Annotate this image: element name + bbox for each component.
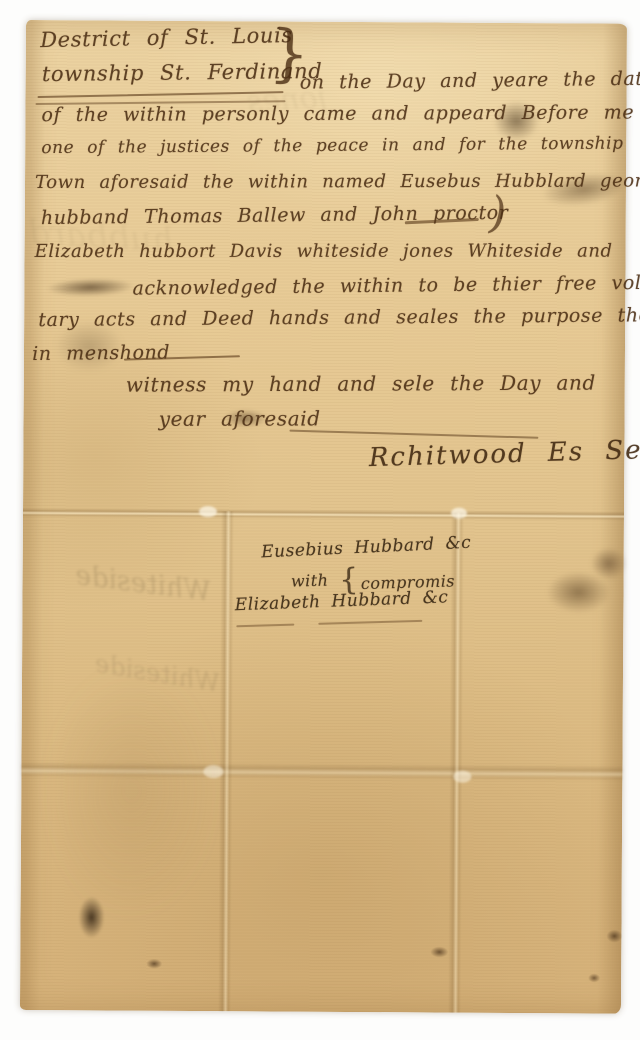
manuscript-line-township: township St. Ferdinand	[42, 59, 323, 86]
ink-spot	[430, 946, 448, 957]
docket-line-party1: Eusebius Hubbard &c	[261, 533, 472, 563]
docket-underline	[236, 624, 294, 627]
manuscript-line: year aforesaid	[159, 406, 321, 430]
ink-smudge-blotted-word	[46, 277, 134, 298]
manuscript-line: Town aforesaid the within named Eusebus …	[35, 170, 640, 193]
ink-spot	[606, 930, 622, 943]
manuscript-line: in menshond	[32, 341, 170, 365]
manuscript-line: hubband Thomas Ballew and John proctor	[41, 202, 509, 229]
manuscript-line: acknowledged the within to be thier free…	[132, 272, 640, 300]
manuscript-line: Elizabeth hubbort Davis whiteside jones …	[35, 241, 613, 263]
fold-crease-horizontal-upper	[23, 508, 624, 521]
ink-spot	[146, 959, 162, 969]
ink-spot	[588, 973, 600, 982]
pen-flourish: )	[484, 187, 513, 241]
manuscript-line: witness my hand and sele the Day and	[126, 371, 596, 397]
bleedthrough-text: Whiteside	[73, 560, 212, 608]
manuscript-line: one of the justices of the peace in and …	[41, 134, 623, 159]
crease-scuff	[451, 508, 467, 519]
pen-rule	[289, 430, 538, 439]
manuscript-line-district: Destrict of St. Louis	[40, 23, 293, 52]
brown-stain	[591, 547, 627, 579]
docket-line-party2: Elizabeth Hubbard &c	[234, 587, 448, 615]
water-stain	[41, 660, 223, 921]
ink-spot	[78, 896, 104, 938]
docket-underline	[318, 620, 422, 624]
manuscript-line: of the within personly came and appeard …	[41, 102, 634, 127]
fold-crease-vertical-left	[218, 511, 234, 1011]
manuscript-paper: jones hubbard Whiteside Whiteside Destri…	[20, 20, 627, 1014]
crease-scuff	[199, 506, 217, 517]
signature-line: Rchitwood Es Seal	[368, 434, 640, 473]
manuscript-line: on the Day and yeare the date	[300, 68, 640, 94]
crease-scuff	[453, 771, 471, 783]
manuscript-line: tary acts and Deed hands and seales the …	[38, 304, 640, 331]
docket-line-with: with	[291, 571, 329, 591]
